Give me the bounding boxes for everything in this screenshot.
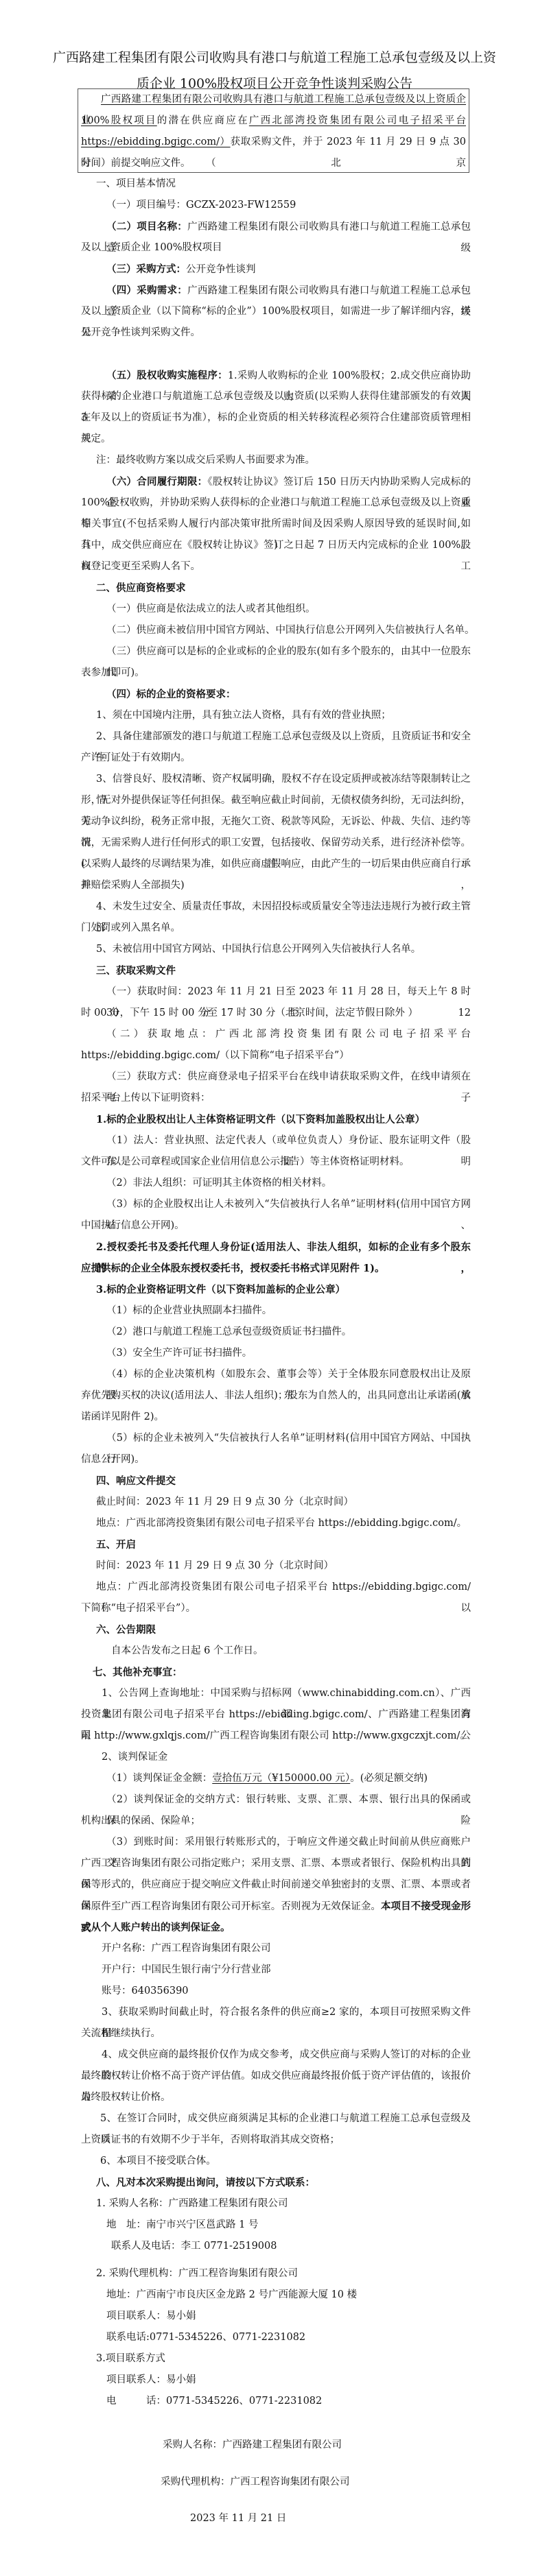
supplier-req-2: （二）供应商未被信用中国官方网站、中国执行信息公开网列入失信被执行人名单。 xyxy=(106,620,471,641)
buyer-contact: 联系人及电话：李工 0771-2519008 xyxy=(111,2236,467,2257)
doc3-item5-line2: 信息公开网)。 xyxy=(81,1449,471,1470)
section-heading-2: 二、供应商资格要求 xyxy=(96,577,471,599)
procurement-method-label: （三）采购方式： xyxy=(106,263,186,275)
project-name-label: （二）项目名称： xyxy=(106,221,187,232)
implementation-label: （五）股权收购实施程序： xyxy=(106,370,228,381)
doc1-item1-line2: 文件可以是公司章程或国家企业信用信息公示报告）等主体资格证明材料。 xyxy=(81,1152,471,1173)
opening-place-line2: 下简称“电子招采平台”）。 xyxy=(81,1598,471,1619)
requirement-label: （四）采购需求： xyxy=(106,285,187,296)
supplier-req-1: （一）供应商是依法成立的法人或者其他组织。 xyxy=(106,599,471,620)
account-number: 账号：640356390 xyxy=(102,1981,476,2002)
account-name: 开户名称：广西工程咨询集团有限公司 xyxy=(102,1938,476,1959)
doc3-heading: 3.标的企业资格证明文件（以下资料加盖标的企业公章） xyxy=(96,1279,471,1300)
deposit-arrival-line5: 或从个人账户转出的谈判保证金。 xyxy=(81,1917,471,1938)
project-number: （一）项目编号：GCZX-2023-FW12559 xyxy=(106,195,471,216)
doc1-item2: （2）非法人组织：可证明其主体资格的相关材料。 xyxy=(106,1173,471,1194)
deposit-amount-label: （1）谈判保证金金额： xyxy=(106,1773,212,1784)
query-address-line3: 司 http://www.gxlqjs.com/广西工程咨询集团有限公司 htt… xyxy=(81,1726,471,1747)
doc1-item3-line2: 中国执行信息公开网)。 xyxy=(81,1215,471,1237)
deposit-amount: （1）谈判保证金金额：壹拾伍万元（¥150000.00 元）。(必须足额交纳) xyxy=(106,1768,471,1789)
implementation-note: 注：最终收购方案以成交后采购人书面要求为准。 xyxy=(96,450,471,471)
target-req-1: 1、须在中国境内注册，具有独立法人资格，具有有效的营业执照； xyxy=(96,705,471,726)
obtain-place-line1: （二）获取地点：广西北部湾投资集团有限公司电子招采平台 xyxy=(106,1024,471,1045)
deposit-heading: 2、谈判保证金 xyxy=(102,1747,491,1768)
obtain-time-line2: 时 00 分，下午 15 时 00 分至 17 时 30 分（北京时间，法定节假… xyxy=(81,1003,471,1024)
buyer-name: 1. 采购人名称：广西路建工程集团有限公司 xyxy=(96,2193,471,2215)
platform-url-link[interactable]: https://ebidding.bgigc.com/） xyxy=(81,136,231,147)
doc3-item1: （1）标的企业营业执照副本扫描件。 xyxy=(106,1300,471,1322)
project-contact-heading: 3.项目联系方式 xyxy=(96,2348,471,2370)
opening-time: 时间：2023 年 11 月 29 日 9 点 30 分（北京时间） xyxy=(96,1555,471,1577)
notice-line4: 时间）前提交响应文件。 xyxy=(81,153,466,174)
target-req-5: 5、未被信用中国官方网站、中国执行信息公开网列入失信被执行人名单。 xyxy=(96,939,471,960)
supplement-6: 6、本项目不接受联合体。 xyxy=(100,2151,490,2172)
supplement-3-line2: 关流程继续执行。 xyxy=(81,2023,471,2044)
section-heading-3: 三、获取采购文件 xyxy=(96,960,471,981)
deposit-amount-note: 。(必须足额交纳) xyxy=(350,1773,428,1784)
platform-name-link[interactable]: 广西北部湾投资集团有限公司电子招采平台 xyxy=(249,115,466,126)
target-req-3-line6: 并赔偿采购人全部损失) xyxy=(81,875,471,896)
supplement-4-line3: 最终股权转让价格。 xyxy=(81,2087,471,2108)
deposit-amount-value: 壹拾伍万元（¥150000.00 元） xyxy=(212,1773,350,1784)
procurement-method-value: 公开竞争性谈判 xyxy=(186,264,256,275)
section-heading-7: 七、其他补充事宜： xyxy=(93,1662,482,1683)
project-name-line2: 及以上资质企业 100%股权项目 xyxy=(81,237,471,259)
doc3-item3: （3）安全生产许可证书扫描件。 xyxy=(106,1343,471,1364)
supplier-req-3-line2: 表参加即可)。 xyxy=(81,663,471,684)
signature-agent: 采购代理机构：广西工程咨询集团有限公司 xyxy=(161,2472,350,2493)
account-bank: 开户行：中国民生银行南宁分行营业部 xyxy=(102,1959,476,1981)
submission-place: 地点：广西北部湾投资集团有限公司电子招采平台 https://ebidding.… xyxy=(96,1513,471,1534)
implementation-line4: 规定。 xyxy=(81,429,471,450)
project-name-underlined-end: 100%股权项目 xyxy=(81,115,157,126)
agent-name: 2. 采购代理机构：广西工程咨询集团有限公司 xyxy=(96,2263,471,2285)
obtain-place-url[interactable]: https://ebidding.bgigc.com/（以下简称“电子招采平台”… xyxy=(81,1045,471,1066)
deposit-method-line2: 机构出具的保函、保险单； xyxy=(81,1811,471,1832)
procurement-method: （三）采购方式：公开竞争性谈判 xyxy=(106,259,471,281)
announcement-page: 广西路建工程集团有限公司收购具有港口与航道工程施工总承包壹级及以上资 质企业 1… xyxy=(0,0,549,2576)
target-req-2-line2: 产许可证处于有效期内。 xyxy=(81,748,471,769)
signature-buyer: 采购人名称：广西路建工程集团有限公司 xyxy=(163,2435,342,2456)
section-heading-4: 四、响应文件提交 xyxy=(96,1470,471,1492)
agent-contact-person: 项目联系人：易小娟 xyxy=(106,2306,462,2327)
buyer-address: 地 址：南宁市兴宁区邕武路 1 号 xyxy=(106,2215,462,2236)
notice-period: 自本公告发布之日起 6 个工作日。 xyxy=(111,1641,471,1662)
doc3-item4-line2: 弃优先购买权的决议(适用法人、非法人组织)；股东为自然人的，出具同意出让承诺函(… xyxy=(81,1385,471,1407)
deposit-invalid-text: 函原件至广西工程咨询集团有限公司开标室。否则视为无效保证金。 xyxy=(81,1901,381,1912)
notice-box: 广西路建工程集团有限公司收购具有港口与航道工程施工总承包壹级及以上资质企业 10… xyxy=(78,88,469,173)
contract-period-label: （六）合同履行期限： xyxy=(106,476,207,488)
obtain-method-line2: 招采平台上传以下证明资料： xyxy=(81,1088,471,1109)
submission-deadline: 截止时间：2023 年 11 月 29 日 9 点 30 分（北京时间） xyxy=(96,1492,471,1513)
contract-period-line5: 商登记变更至采购人名下。 xyxy=(81,556,471,577)
agent-address: 地址：广西南宁市良庆区金龙路 2 号广西能源大厦 10 楼 xyxy=(106,2285,462,2306)
requirement-line3: 公开竞争性谈判采购文件。 xyxy=(81,322,471,344)
target-req-4-line2: 门处罚或列入黑名单。 xyxy=(81,918,471,939)
project-contact-phone: 电 话：0771-5345226、0771-2231082 xyxy=(106,2391,462,2412)
section-heading-1: 一、项目基本情况 xyxy=(96,174,471,195)
signature-date: 2023 年 11 月 21 日 xyxy=(190,2508,286,2529)
doc3-item4-line3: 诺函详见附件 2)。 xyxy=(81,1407,471,1428)
agent-phone: 联系电话:0771-5345226、0771-2231082 xyxy=(106,2327,462,2348)
notice-line2: 100%股权项目的潜在供应商应在广西北部湾投资集团有限公司电子招采平台 xyxy=(81,110,466,132)
project-contact-person: 项目联系人：易小娟 xyxy=(106,2370,462,2391)
notice-text: 的潜在供应商应在 xyxy=(157,115,249,126)
doc3-item2: （2）港口与航道工程施工总承包壹级资质证书扫描件。 xyxy=(106,1322,471,1343)
target-req-heading: （四）标的企业的资格要求： xyxy=(106,684,471,705)
section-heading-5: 五、开启 xyxy=(96,1534,471,1555)
doc1-heading: 1.标的企业股权出让人主体资格证明文件（以下资料加盖股权出让人公章） xyxy=(96,1109,471,1130)
doc2-line2: 应提供标的企业全体股东授权委托书，授权委托书格式详见附件 1)。 xyxy=(81,1258,471,1279)
supplement-5-line2: 上资质证书的有效期不少于半年，否则将取消其成交资格； xyxy=(81,2130,471,2151)
page-title-line1: 广西路建工程集团有限公司收购具有港口与航道工程施工总承包壹级及以上资 xyxy=(41,44,508,71)
section-heading-8: 八、凡对本次采购提出询问，请按以下方式联系： xyxy=(96,2172,471,2193)
section-heading-6: 六、公告期限 xyxy=(96,1619,471,1641)
